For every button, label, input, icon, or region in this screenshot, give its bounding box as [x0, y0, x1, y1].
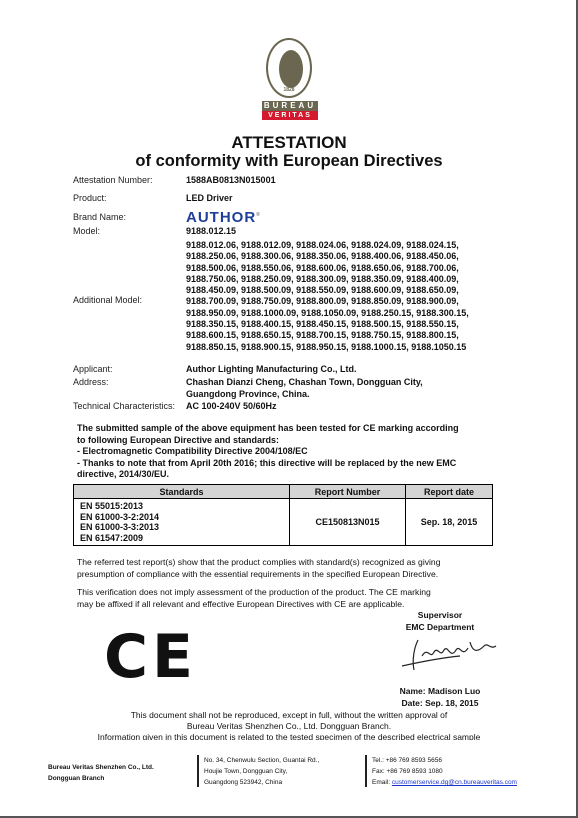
standard-item: EN 61000-3-2:2014 — [80, 512, 283, 523]
compliance-paragraph-2: This verification does not imply assessm… — [77, 587, 497, 610]
model-label: Model: — [73, 226, 100, 236]
report-number-cell: CE150813N015 — [290, 499, 406, 546]
specimen-notice: Information given in this document is re… — [0, 732, 578, 740]
footer-contact: Tel.: +86 769 8593 5656 Fax: +86 769 859… — [372, 755, 517, 788]
address-line: Houjie Town, Dongguan City, — [204, 766, 319, 777]
header-standards: Standards — [74, 485, 290, 499]
email-link[interactable]: customerservice.dg@cn.bureauveritas.com — [392, 779, 517, 786]
model-line: 9188.700.09, 9188.750.09, 9188.800.09, 9… — [186, 296, 506, 307]
model-line: 9188.950.09, 9188.1000.09, 9188.1050.09,… — [186, 308, 506, 319]
compliance-line: The referred test report(s) show that th… — [77, 557, 497, 569]
supervisor-title: Supervisor — [380, 610, 500, 620]
model-line: 9188.500.06, 9188.550.06, 9188.600.06, 9… — [186, 263, 506, 274]
logo-bar-veritas: VERITAS — [262, 111, 318, 120]
address-line: Guangdong 523942, China — [204, 777, 319, 788]
fax-number: Fax: +86 769 8593 1080 — [372, 766, 517, 777]
attestation-number-label: Attestation Number: — [73, 175, 153, 185]
report-date-cell: Sep. 18, 2015 — [406, 499, 493, 546]
model-line: 9188.250.06, 9188.300.06, 9188.350.06, 9… — [186, 251, 506, 262]
standard-item: EN 61547:2009 — [80, 533, 283, 544]
standard-item: EN 61000-3-3:2013 — [80, 522, 283, 533]
branch-name: Dongguan Branch — [48, 773, 154, 784]
technical-label: Technical Characteristics: — [73, 401, 175, 411]
standard-item: EN 55015:2013 — [80, 501, 283, 512]
attestation-number-value: 1588AB0813N015001 — [186, 175, 276, 185]
additional-model-label: Additional Model: — [73, 295, 142, 305]
ce-mark-icon: CE — [104, 622, 197, 692]
statement-line: - Thanks to note that from April 20th 20… — [77, 458, 497, 470]
model-line: 9188.850.15, 9188.900.15, 9188.950.15, 9… — [186, 342, 506, 353]
document-title: ATTESTATION — [0, 133, 578, 153]
model-value: 9188.012.15 — [186, 226, 236, 236]
product-value: LED Driver — [186, 193, 233, 203]
table-header-row: Standards Report Number Report date — [74, 485, 493, 499]
statement-line: The submitted sample of the above equipm… — [77, 423, 497, 435]
model-line: 9188.600.15, 9188.650.15, 9188.700.15, 9… — [186, 330, 506, 341]
statement-line: - Electromagnetic Compatibility Directiv… — [77, 446, 497, 458]
address-line-2: Guangdong Province, China. — [186, 389, 310, 399]
email-row: Email: customerservice.dg@cn.bureauverit… — [372, 777, 517, 788]
header-report-date: Report date — [406, 485, 493, 499]
test-statement: The submitted sample of the above equipm… — [77, 423, 497, 481]
logo-figure — [279, 50, 303, 88]
email-label: Email: — [372, 779, 390, 786]
compliance-paragraph-1: The referred test report(s) show that th… — [77, 557, 497, 580]
compliance-line: presumption of compliance with the essen… — [77, 569, 497, 581]
statement-line: directive, 2014/30/EU. — [77, 469, 497, 481]
product-label: Product: — [73, 193, 107, 203]
additional-model-list: 9188.012.06, 9188.012.09, 9188.024.06, 9… — [186, 240, 506, 353]
brand-name-label: Brand Name: — [73, 212, 126, 222]
address-line: No. 34, Chenwulu Section, Guantai Rd., — [204, 755, 319, 766]
compliance-line: This verification does not imply assessm… — [77, 587, 497, 599]
standards-table: Standards Report Number Report date EN 5… — [73, 484, 493, 546]
compliance-line: may be affixed if all relevant and effec… — [77, 599, 497, 611]
model-line: 9188.750.06, 9188.250.09, 9188.300.09, 9… — [186, 274, 506, 285]
reproduction-notice: This document shall not be reproduced, e… — [0, 710, 578, 720]
phone-number: Tel.: +86 769 8593 5656 — [372, 755, 517, 766]
footer-company: Bureau Veritas Shenzhen Co., Ltd. Donggu… — [48, 762, 154, 784]
header-report-number: Report Number — [290, 485, 406, 499]
brand-logo: AUTHOR® — [186, 209, 261, 226]
document-subtitle: of conformity with European Directives — [0, 152, 578, 171]
bureau-veritas-logo: 1828 BUREAU VERITAS — [262, 38, 318, 128]
registered-mark: ® — [256, 212, 261, 218]
footer-address: No. 34, Chenwulu Section, Guantai Rd., H… — [204, 755, 319, 788]
technical-value: AC 100-240V 50/60Hz — [186, 401, 277, 411]
company-name: Bureau Veritas Shenzhen Co., Ltd. — [48, 762, 154, 773]
footer-divider — [365, 755, 367, 787]
model-line: 9188.012.06, 9188.012.09, 9188.024.06, 9… — [186, 240, 506, 251]
footer-divider — [197, 755, 199, 787]
address-line-1: Chashan Dianzi Cheng, Chashan Town, Dong… — [186, 377, 423, 387]
model-line: 9188.450.09, 9188.500.09, 9188.550.09, 9… — [186, 285, 506, 296]
address-label: Address: — [73, 377, 109, 387]
signature-date: Date: Sep. 18, 2015 — [380, 698, 500, 708]
standards-cell: EN 55015:2013 EN 61000-3-2:2014 EN 61000… — [74, 499, 290, 546]
applicant-label: Applicant: — [73, 364, 113, 374]
branch-notice: Bureau Veritas Shenzhen Co., Ltd. Donggu… — [0, 721, 578, 731]
department: EMC Department — [380, 622, 500, 632]
signature-icon — [400, 636, 500, 676]
brand-name-value: AUTHOR — [186, 209, 256, 226]
logo-bar-bureau: BUREAU — [262, 101, 318, 111]
applicant-value: Author Lighting Manufacturing Co., Ltd. — [186, 364, 356, 374]
table-row: EN 55015:2013 EN 61000-3-2:2014 EN 61000… — [74, 499, 493, 546]
signatory-name: Name: Madison Luo — [380, 686, 500, 696]
statement-line: to following European Directive and stan… — [77, 435, 497, 447]
model-line: 9188.350.15, 9188.400.15, 9188.450.15, 9… — [186, 319, 506, 330]
logo-year: 1828 — [262, 87, 316, 93]
